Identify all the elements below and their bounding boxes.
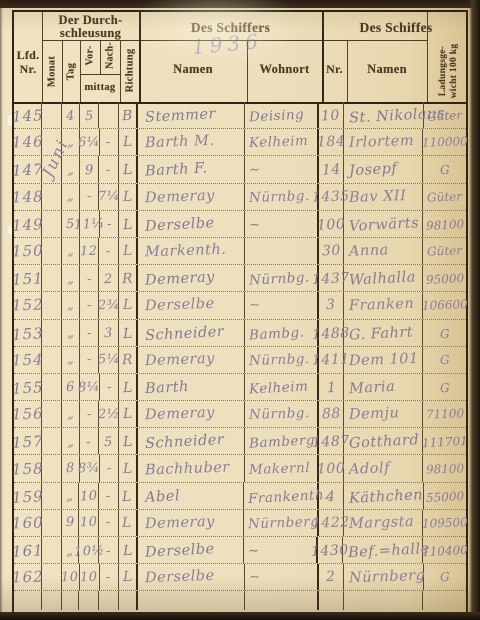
cell-schiff-name: Dem 101 [344, 347, 423, 373]
schiff-name-value: Käthchen [348, 487, 423, 507]
schiff-nr-value: 4 [326, 488, 336, 504]
cell-tag: „ [62, 401, 80, 427]
cell-vormittag: 10 [80, 564, 100, 590]
cell-ladungsgewicht: G [423, 156, 466, 182]
col-header-ladung-line2: wicht 100 kg [449, 44, 459, 99]
cell-ladungsgewicht: Güter [423, 184, 466, 210]
cell-vormittag: 8¼ [80, 374, 100, 400]
ladungsgewicht-value: 98100 [425, 461, 464, 476]
cell-tag: „ [62, 184, 80, 210]
cell-ladungsgewicht: 111701 [423, 428, 466, 454]
table-row: 158 8 8¾ - L Bachhuber Makernl 100 Adolf… [14, 455, 466, 482]
cell-schiff-name: Anna [344, 238, 423, 264]
nachmittag-value: - [106, 243, 111, 258]
cell-ladungsgewicht: 109500 [423, 510, 466, 536]
lfd-nr-value: 155 [11, 378, 44, 398]
cell-richtung: L [119, 238, 138, 264]
cell-monat [42, 455, 62, 481]
richtung-value: L [123, 297, 133, 313]
scan-edge-right [469, 0, 480, 620]
cell-ladungsgewicht: 71100 [423, 401, 466, 427]
cell-ladungsgewicht: 95000 [423, 265, 466, 291]
cell-vormittag: - [80, 320, 100, 346]
ladungsgewicht-value: G [440, 163, 450, 177]
richtung-value: L [123, 217, 134, 233]
col-header-lfd-line1: Lfd. [17, 48, 40, 62]
cell-wohnort [245, 238, 319, 264]
cell-lfd-nr [14, 591, 42, 610]
cell-richtung: L [119, 129, 138, 155]
cell-monat [42, 428, 62, 454]
cell-vormittag: 11¼ [80, 211, 100, 237]
lfd-nr-value: 145 [11, 106, 44, 126]
vormittag-value: 8¾ [78, 461, 100, 477]
richtung-value: L [123, 406, 133, 422]
ladungsgewicht-value: Güter [427, 189, 462, 204]
cell-lfd-nr: 151 [14, 265, 42, 291]
tag-value: „ [66, 435, 74, 450]
cell-monat [42, 211, 62, 237]
cell-tag: „ [62, 238, 80, 264]
vormittag-value: 10 [80, 515, 98, 531]
richtung-value: L [123, 243, 133, 259]
schiff-nr-value: 184 [317, 134, 346, 151]
grid-line [80, 74, 120, 75]
wohnort-value: Nürnbg. [249, 351, 310, 369]
cell-schiffer-name: Demeray [138, 510, 244, 536]
schiff-name-value: Gotthard [349, 433, 420, 453]
vormittag-value: - [86, 435, 92, 450]
cell-nachmittag: - [100, 455, 120, 481]
cell-vormittag: 12 [80, 238, 100, 264]
cell-richtung: L [119, 374, 138, 400]
schiff-nr-value: 30 [322, 243, 341, 260]
wohnort-value: Deising [248, 107, 304, 126]
nachmittag-value: 2 [104, 271, 114, 286]
cell-richtung: L [119, 428, 138, 454]
wohnort-value: ~ [249, 297, 261, 313]
nachmittag-value: 5 [104, 435, 114, 450]
schiffer-name-value: Barth [145, 379, 190, 397]
cell-schiff-nr: 100 [319, 455, 344, 481]
schiff-name-value: Bav XII [349, 188, 407, 206]
cell-schiff-nr: 10 [319, 102, 344, 128]
vormittag-value: 8¼ [78, 380, 101, 396]
cell-tag: „ [62, 292, 80, 318]
cell-wohnort: Kelheim [245, 374, 319, 400]
cell-schiffer-name: Barth M. [138, 129, 245, 155]
cell-nachmittag: 7¼ [99, 184, 119, 210]
ladungsgewicht-value: G [440, 381, 450, 395]
schiff-name-value: Margsta [349, 514, 415, 532]
wohnort-value: Nürnbg. [249, 270, 310, 289]
cell-wohnort: Nürnbg. [245, 347, 319, 373]
lfd-nr-value: 146 [11, 133, 43, 152]
cell-tag: 4 [62, 102, 80, 128]
schiffer-name-value: Markenth. [145, 242, 227, 261]
table-row: 149 5 11¼ - L Derselbe ~ 100 Vorwärts 98… [14, 211, 466, 238]
nachmittag-value: - [106, 461, 111, 476]
col-header-lfd-nr: Lfd. Nr. [14, 48, 42, 76]
cell-nachmittag: - [99, 510, 119, 536]
group-header-des-schiffes: Des Schiffes [322, 20, 470, 36]
schiff-name-value: Anna [349, 242, 389, 259]
cell-monat [42, 537, 62, 563]
cell-ladungsgewicht: 106600 [423, 292, 466, 318]
vormittag-value: 11¼ [73, 217, 104, 234]
cell-schiff-nr [319, 591, 344, 610]
schiffer-name-value: Barth M. [145, 133, 215, 151]
cell-ladungsgewicht: 98100 [423, 211, 466, 237]
grid-line [247, 40, 248, 102]
cell-vormittag: - [80, 265, 100, 291]
cell-schiff-nr: 1487 [319, 428, 344, 454]
cell-tag: 8 [62, 455, 80, 481]
cell-lfd-nr: 148 [14, 184, 42, 210]
cell-nachmittag: - [99, 483, 119, 509]
schiffer-name-value: Demeray [145, 269, 216, 289]
tag-value: 10 [61, 569, 79, 585]
table-row-empty [14, 591, 466, 610]
table-row: 154 „ - 5¼ R Demeray Nürnbg. 1411 Dem 10… [14, 347, 466, 374]
schiffer-name-value: Schneider [145, 324, 225, 344]
cell-vormittag: 8¾ [80, 455, 100, 481]
cell-schiff-nr: 1437 [319, 265, 344, 291]
cell-nachmittag: - [100, 564, 120, 590]
cell-schiff-nr: 184 [319, 129, 344, 155]
cell-tag [62, 591, 80, 610]
table-row: 155 6 8¼ - L Barth Kelheim 1 Maria G [14, 374, 466, 401]
wohnort-value: Kelheim [249, 133, 309, 151]
cell-vormittag: 6¼ [80, 129, 100, 155]
wohnort-value: ~ [248, 569, 260, 585]
schiff-name-value: Vorwärts [349, 215, 420, 235]
scan-edge-left [0, 0, 3, 620]
grid-line [347, 40, 348, 102]
cell-schiffer-name: Derselbe [138, 211, 245, 237]
cell-schiff-nr: 1422 [319, 510, 344, 536]
cell-lfd-nr: 153 [14, 320, 42, 346]
schiffer-name-value: Barth F. [145, 161, 208, 180]
lfd-nr-value: 149 [11, 215, 44, 235]
cell-schiff-name: Gotthard [344, 428, 423, 454]
cell-lfd-nr: 159 [14, 483, 42, 509]
vormittag-value: 9 [84, 163, 94, 178]
tag-value: „ [66, 352, 74, 367]
richtung-value: R [122, 352, 134, 368]
cell-nachmittag: 2¾ [99, 292, 119, 318]
ladungsgewicht-value: Güter [427, 243, 462, 258]
schiffer-name-value: Schneider [145, 432, 225, 452]
cell-lfd-nr: 161 [14, 537, 42, 563]
tag-value: „ [66, 189, 74, 204]
lfd-nr-value: 162 [11, 568, 43, 587]
cell-schiff-name: Bef.=halle [343, 537, 423, 563]
ledger-table: Lfd. Nr. Der Durch- schleusung Monat Tag… [12, 10, 468, 612]
cell-richtung: L [119, 564, 138, 590]
schiffer-name-value: Derselbe [145, 215, 215, 235]
col-header-mittag: mittag [78, 82, 122, 93]
vormittag-value: - [86, 326, 92, 341]
cell-lfd-nr: 145 [14, 102, 42, 128]
cell-nachmittag [99, 102, 119, 128]
col-header-schiff-nr: Nr. [322, 62, 347, 77]
cell-tag: „ [62, 428, 80, 454]
ladungsgewicht-value: 106600 [421, 298, 467, 314]
table-row: 152 „ - 2¾ L Derselbe ~ 3 Franken 106600 [14, 292, 466, 319]
col-header-richtung: Richtung [125, 41, 136, 101]
vormittag-value: - [86, 298, 91, 313]
schiff-nr-value: 1430 [311, 542, 349, 560]
table-row: 150 „ 12 - L Markenth. 30 Anna Güter [14, 238, 466, 265]
table-row: 162 10 10 - L Derselbe ~ 2 Nürnberg G [14, 564, 466, 591]
richtung-value: L [122, 162, 133, 178]
cell-vormittag: - [80, 292, 100, 318]
vormittag-value: 10½ [73, 543, 104, 560]
grid-line [42, 12, 43, 102]
cell-schiffer-name: Demeray [138, 265, 245, 291]
ladungsgewicht-value: 95000 [425, 271, 464, 287]
schiffer-name-value: Demeray [145, 405, 215, 423]
cell-nachmittag: 5¼ [99, 347, 119, 373]
schiffer-name-value: Derselbe [144, 541, 214, 561]
cell-schiff-name: Franken [344, 292, 423, 318]
col-header-ladung-line1: Ladungsge- [438, 46, 448, 97]
cell-schiffer-name: Demeray [138, 184, 245, 210]
lfd-nr-value: 150 [11, 241, 43, 260]
wohnort-value: ~ [249, 217, 262, 234]
schiff-nr-value: 1487 [312, 433, 350, 451]
richtung-value: L [123, 188, 133, 204]
schiff-nr-value: 10 [321, 108, 341, 125]
cell-monat [42, 238, 62, 264]
cell-schiffer-name: Stemmer [138, 102, 245, 128]
col-header-monat: Monat [47, 47, 58, 97]
tag-value: 8 [66, 461, 75, 476]
ladungsgewicht-value: 71100 [425, 406, 464, 421]
cell-schiff-name: Margsta [344, 510, 423, 536]
cell-monat [42, 591, 62, 610]
scan-edge-top [0, 0, 480, 8]
col-header-ladungsgewicht: Ladungsge- wicht 100 kg [438, 37, 460, 105]
handwritten-year: 1936 [191, 29, 264, 59]
vormittag-value: - [86, 189, 91, 204]
vormittag-value: - [86, 407, 91, 422]
ladungsgewicht-value: 110400 [421, 543, 467, 559]
cell-vormittag: - [80, 401, 100, 427]
cell-schiffer-name: Markenth. [138, 238, 245, 264]
cell-tag: 6 [62, 374, 80, 400]
cell-ladungsgewicht: 55000 [424, 483, 466, 509]
nachmittag-value: - [106, 380, 112, 395]
cell-richtung: L [119, 483, 138, 509]
richtung-value: L [123, 460, 133, 476]
cell-schiffer-name: Barth [138, 374, 245, 400]
cell-tag: 9 [62, 510, 80, 536]
group-header-durchschleusung-line1: Der Durch- [59, 13, 123, 27]
vormittag-value: - [86, 352, 91, 367]
cell-richtung: L [119, 184, 138, 210]
vormittag-value: 10 [80, 569, 98, 585]
col-header-lfd-line2: Nr. [20, 62, 37, 76]
cell-ladungsgewicht: 98100 [423, 455, 466, 481]
cell-richtung: L [119, 292, 138, 318]
cell-schiffer-name: Demeray [138, 347, 245, 373]
schiff-nr-value: 1435 [312, 188, 350, 205]
table-row: 151 „ - 2 R Demeray Nürnbg. 1437 Walhall… [14, 265, 466, 292]
cell-nachmittag: 2 [99, 265, 119, 291]
cell-lfd-nr: 158 [14, 455, 42, 481]
tag-value: „ [66, 163, 74, 178]
cell-schiff-name: Adolf [344, 455, 423, 481]
cell-richtung: L [119, 510, 138, 536]
grid-line [322, 12, 324, 102]
cell-lfd-nr: 155 [14, 374, 42, 400]
col-header-tag: Tag [66, 52, 77, 92]
cell-nachmittag: - [100, 129, 120, 155]
cell-schiff-name: Bav XII [344, 184, 423, 210]
schiffer-name-value: Demeray [144, 514, 214, 532]
cell-schiff-name: G. Fahrt [344, 320, 423, 346]
schiff-name-value: Maria [349, 379, 396, 397]
cell-richtung: L [119, 537, 138, 563]
table-row: 153 „ - 3 L Schneider Bambg. 1488 G. Fah… [14, 320, 466, 347]
schiffer-name-value: Derselbe [145, 296, 215, 314]
cell-lfd-nr: 150 [14, 238, 42, 264]
wohnort-value: Kelheim [249, 378, 309, 397]
cell-ladungsgewicht: G [424, 564, 466, 590]
cell-vormittag: - [80, 347, 100, 373]
schiff-nr-value: 100 [317, 216, 346, 233]
schiff-nr-value: 88 [322, 406, 341, 423]
nachmittag-value: - [106, 217, 112, 232]
cell-monat [42, 483, 62, 509]
richtung-value: L [122, 434, 133, 450]
schiff-name-value: Dem 101 [349, 351, 419, 369]
table-row: 161 „ 10½ - L Derselbe ~ 1430 Bef.=halle… [14, 537, 466, 564]
cell-schiff-name: Nürnberg [344, 564, 424, 590]
lfd-nr-value: 151 [11, 269, 44, 289]
cell-schiffer-name: Barth F. [138, 156, 245, 182]
ladungsgewicht-value: 110000 [421, 134, 467, 150]
cell-tag: „ [62, 156, 80, 182]
cell-monat [42, 265, 62, 291]
richtung-value: B [122, 108, 134, 125]
richtung-value: L [122, 515, 132, 531]
cell-schiff-name: Vorwärts [344, 211, 423, 237]
tag-value: 9 [65, 515, 74, 530]
wohnort-value: Bambg. [249, 324, 305, 343]
lfd-nr-value: 159 [11, 487, 44, 507]
cell-schiff-nr: 3 [319, 292, 344, 318]
col-header-wohnort: Wohnort [247, 62, 322, 77]
cell-schiffer-name: Derselbe [138, 537, 244, 563]
cell-wohnort [245, 591, 319, 610]
table-row: 145 4 5 B Stemmer Deising 10 St. Nikolau… [14, 102, 466, 129]
lfd-nr-value: 161 [11, 541, 44, 561]
lfd-nr-value: 156 [11, 405, 43, 424]
cell-schiff-nr: 88 [319, 401, 344, 427]
nachmittag-value: 2½ [98, 406, 120, 422]
grid-line [139, 12, 141, 102]
schiffer-name-value: Bachhuber [145, 459, 230, 478]
cell-schiffer-name: Demeray [138, 401, 245, 427]
table-header: Lfd. Nr. Der Durch- schleusung Monat Tag… [14, 12, 466, 104]
cell-vormittag: 10 [79, 483, 99, 509]
cell-monat [42, 401, 62, 427]
vormittag-value: 6¼ [78, 134, 100, 150]
lfd-nr-value: 148 [11, 187, 43, 206]
cell-schiff-name [344, 591, 423, 610]
ladungsgewicht-value: Güter [427, 108, 463, 124]
schiff-name-value: Franken [349, 296, 415, 314]
schiff-nr-value: 14 [322, 162, 342, 179]
cell-monat [42, 564, 62, 590]
lfd-nr-value: 152 [11, 296, 43, 315]
cell-schiff-name: Walhalla [344, 265, 423, 291]
cell-vormittag: 5 [80, 102, 100, 128]
scan-edge-bottom [0, 612, 480, 620]
wohnort-value: Nürnberg [248, 514, 320, 532]
cell-schiff-nr: 2 [319, 564, 344, 590]
cell-richtung: B [119, 102, 138, 128]
cell-tag: „ [62, 265, 80, 291]
cell-richtung: L [119, 156, 138, 182]
cell-monat [42, 320, 62, 346]
wohnort-value: ~ [248, 543, 261, 560]
cell-nachmittag: - [99, 238, 119, 264]
cell-monat [42, 184, 62, 210]
vormittag-value: 12 [80, 243, 98, 259]
cell-schiff-nr: 1411 [319, 347, 344, 373]
nachmittag-value: - [106, 489, 112, 504]
cell-schiffer-name: Derselbe [138, 292, 245, 318]
cell-lfd-nr: 160 [14, 510, 42, 536]
cell-nachmittag: - [99, 156, 119, 182]
nachmittag-value: 5¼ [98, 352, 120, 368]
schiffer-name-value: Demeray [145, 351, 215, 369]
cell-vormittag: 10 [79, 510, 99, 536]
tag-value: „ [66, 407, 74, 422]
wohnort-value: Makernl [249, 459, 311, 477]
cell-nachmittag: - [100, 374, 120, 400]
ladungsgewicht-value: 55000 [425, 489, 464, 505]
cell-wohnort: Nürnbg. [245, 184, 319, 210]
cell-vormittag: - [80, 184, 100, 210]
schiff-name-value: Adolf [349, 460, 391, 477]
cell-ladungsgewicht: G [423, 347, 466, 373]
cell-wohnort: ~ [245, 156, 319, 182]
cell-vormittag [79, 591, 99, 610]
cell-richtung [119, 591, 138, 610]
schiffer-name-value: Abel [144, 488, 180, 506]
table-row: 147 „ 9 - L Barth F. ~ 14 Josepf G [14, 156, 466, 183]
cell-wohnort: ~ [244, 537, 318, 563]
schiff-name-value: G. Fahrt [349, 324, 414, 343]
schiffer-name-value: Demeray [145, 187, 215, 205]
grid-line [62, 40, 63, 102]
table-row: 159 „ 10 - L Abel Frankenth. 4 Käthchen … [14, 483, 466, 510]
vormittag-value: 5 [84, 108, 94, 123]
table-row: 160 9 10 - L Demeray Nürnberg 1422 Margs… [14, 510, 466, 537]
cell-wohnort: Deising [245, 102, 319, 128]
cell-schiffer-name: Schneider [138, 428, 245, 454]
cell-lfd-nr: 152 [14, 292, 42, 318]
cell-wohnort: ~ [245, 211, 319, 237]
cell-vormittag: 9 [80, 156, 100, 182]
cell-wohnort: ~ [245, 292, 319, 318]
cell-monat [42, 374, 62, 400]
